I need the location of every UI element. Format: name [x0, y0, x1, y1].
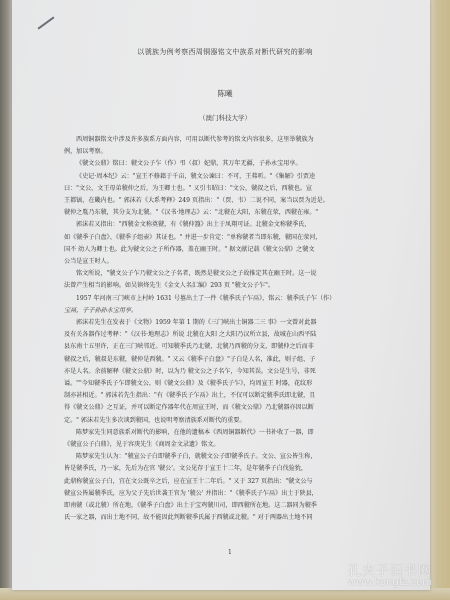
- body-line: 陈梦家先生认为："虢宣公子白即虢季子白，就虢文公子即虢季氏子。文公、宣公皆生称，: [64, 451, 394, 463]
- body-line: 铭文所说，"虢文公子乍乃虢文公之子名者，既然是虢文公之子故推定其在幽王时。这一说: [64, 268, 394, 280]
- body-line: 《史记·周本纪》云："宣王不修籍于千亩，虢文公谏曰：不可，王弗听。"《集解》引贾…: [64, 171, 394, 183]
- body-line: 皆是虢季氏，乃一家，先后为在官 '虢公'。文公见存于宣王十二年，是年虢季子白伐猃…: [64, 463, 394, 475]
- body-line: 制亦甚相近。" 郭沫若先生指出："有《虢季氏子乍鬲》出土，不仅可以断定虢季氏即北…: [64, 390, 394, 402]
- body-line: 虢仲之胤乃东虢，其分支为北虢。"《汉书·地理志》云："北虢在大阳，东虢在荥，西虢…: [64, 207, 394, 219]
- body-line: 国不 幼人为卿士也。此为虢文公之子所作器，盖在幽王时。" 据文献记载《虢文公鼎》…: [64, 244, 394, 256]
- body-line: 西周铜器铭文中涉及许多族系方面内容，可用以断代参考的铭文内容很多，这里举虢族为: [64, 134, 394, 146]
- body-line: 此鼎称虢宣公子白，宜在文公既卒之后，应在宣王十二年后。" 又于 327 页指出：…: [64, 476, 394, 488]
- body-line: 谥。""今知虢季氏子乍即虢文公，则《虢文公鼎》及《虢季氏子乍》，均周宣王 时器，…: [64, 378, 394, 390]
- watermark-url: www.kongfz.com: [348, 577, 432, 588]
- body-line: 《虢文公鼎》铭曰：虢文公子乍（作）弔（叔）妃鼎，其万年无疆，子孙永宝用享。: [64, 158, 394, 170]
- body-line: 虢叔之后，虢叔是东虢，虢仲是西虢。" 又云《虢季子白盘》"子白是人名，准此，则子…: [64, 354, 394, 366]
- body-line: 宝鬲，子子孙孙永宝用享。: [64, 305, 394, 317]
- pen-mark-icon: [37, 16, 54, 29]
- body-line: 《虢宣公子白鼎》，见于容庚先生《商周金文录遗》铭文。: [64, 439, 394, 451]
- document-author: 陈曦: [0, 88, 450, 99]
- body-line: 定。" 郭沫若先生多次谈到虢国，也说明考察清族系对断代的重要。: [64, 415, 394, 427]
- body-line: 法曾产生相当的影响。如吴镇烽先生《金文人名汇编》293 页 "虢文公子乍"。: [64, 280, 394, 292]
- body-line: 县东南十五里许，正在三门峡邻近。可知虢季氏乃北虢，北虢乃西虢的分支，即虢仲之后而…: [64, 341, 394, 353]
- document-affiliation: （澳门科技大学）: [0, 113, 450, 122]
- body-line: 例，加以考察。: [64, 146, 394, 158]
- body-line: 得《虢文公鼎》之互证，并可以断定作器年代在周宣王时，而《虢文公鼎》乃北虢器亦因以…: [64, 402, 394, 414]
- document-body: 西周铜器铭文中涉及许多族系方面内容，可用以断代参考的铭文内容很多，这里举虢族为例…: [64, 134, 394, 525]
- document-title: 以虢族为例考察西周铜器铭文中族系对断代研究的影响: [0, 47, 450, 57]
- body-line: 亦是人名。余前解释《虢文公鼎》时，以为乃 虢文公之子名乍，今知其误。文公是生号，…: [64, 366, 394, 378]
- body-line: 陈梦家先生同意族系对断代的影响，在他的遗稿本《西周铜器断代》一书补收了一器，即: [64, 427, 394, 439]
- body-line: 氏一家之器，而出土地不同，故不能因此判断虢季氏属于西虢或北虢。" 对于两器出土地…: [64, 512, 394, 524]
- body-line: 公当是宣王时人。: [64, 256, 394, 268]
- body-line: 1957 年河南三门峡市上村岭 1631 号墓出土了一件《虢季氏子乍鬲》，铭云：…: [64, 293, 394, 305]
- body-line: 曰："文公，文王母弟虢仲之后，为王卿士也。" 又引韦昭曰："文公，虢叔之后，西虢…: [64, 183, 394, 195]
- body-line: 即南虢（或北虢）所在地，《虢季子白盘》出土于宝鸡虢川司，即西虢所在地。这二器同为…: [64, 500, 394, 512]
- watermark: 孔夫子旧书网 www.kongfz.com: [348, 560, 432, 588]
- body-line: 郭沫若先生在发表于《文物》1959 年第 1 期的《三门峡出土铜器二三 事》一文…: [64, 317, 394, 329]
- page-number: 1: [228, 549, 232, 556]
- body-line: 虢宣公皆属虢季氏，应为父子先后世袭王官为 '虢公' 并指出："《虢季氏子乍鬲》出…: [64, 488, 394, 500]
- body-line: 如《虢季子白盘》、《虢季子组壶》其证也。" 并进一步肯定："单称虢者当即东虢，虢…: [64, 232, 394, 244]
- body-line: 及有关各器作过考释："《汉书·地理志》所说 北虢在大阳 之大阳乃汉所立县，故城在…: [64, 329, 394, 341]
- body-line: 王都镐，在畿内也。" 郭沫若《大系考释》249 页指出："（贾、韦）二说不同，案…: [64, 195, 394, 207]
- body-line: 郭沫若又指出："西虢金文称奠虢，有《虢仲簋》出土于凤翔可证。北虢金文称虢季氏，: [64, 219, 394, 231]
